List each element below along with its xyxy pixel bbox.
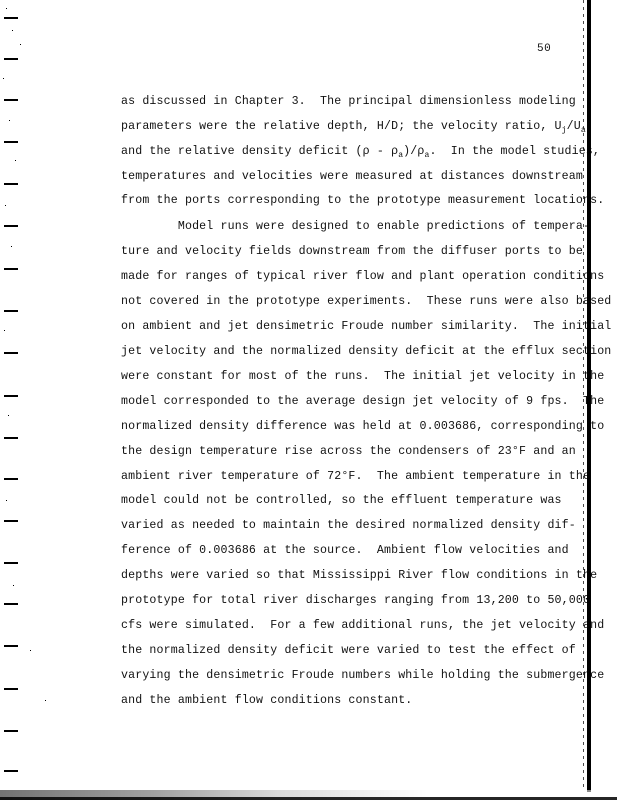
text-fragment: and the relative density deficit (ρ - ρ <box>121 145 398 158</box>
text-line: and the ambient flow conditions constant… <box>121 694 412 708</box>
text-line: normalized density difference was held a… <box>121 420 604 434</box>
text-line: model could not be controlled, so the ef… <box>121 494 562 508</box>
text-line: ference of 0.003686 at the source. Ambie… <box>121 544 569 558</box>
text-line: cfs were simulated. For a few additional… <box>121 619 604 633</box>
text-line: parameters were the relative depth, H/D;… <box>121 120 593 138</box>
text-line: from the ports corresponding to the prot… <box>121 194 604 208</box>
text-line: made for ranges of typical river flow an… <box>121 270 604 284</box>
text-line: ture and velocity fields downstream from… <box>121 245 583 259</box>
text-line: Model runs were designed to enable predi… <box>121 220 590 234</box>
text-line: as discussed in Chapter 3. The principal… <box>121 95 576 109</box>
text-line: were constant for most of the runs. The … <box>121 370 604 384</box>
text-fragment: parameters were the relative depth, H/D;… <box>121 120 562 133</box>
text-line: model corresponded to the average design… <box>121 395 604 409</box>
text-fragment: /U <box>567 120 581 133</box>
text-line: varying the densimetric Froude numbers w… <box>121 669 604 683</box>
text-line: prototype for total river discharges ran… <box>121 594 590 608</box>
text-fragment: . In the model studies, <box>429 145 600 158</box>
text-line: not covered in the prototype experiments… <box>121 295 611 309</box>
text-line: varied as needed to maintain the desired… <box>121 519 576 533</box>
text-line: temperatures and velocities were measure… <box>121 170 583 184</box>
text-line: depths were varied so that Mississippi R… <box>121 569 597 583</box>
text-line: and the relative density deficit (ρ - ρa… <box>121 145 600 163</box>
text-line: jet velocity and the normalized density … <box>121 345 611 359</box>
binding-edge <box>587 0 591 792</box>
text-line: the design temperature rise across the c… <box>121 445 576 459</box>
binding-edge-shadow <box>583 0 584 790</box>
text-line: on ambient and jet densimetric Froude nu… <box>121 320 611 334</box>
text-fragment: )/ρ <box>403 145 424 158</box>
text-line: the normalized density deficit were vari… <box>121 644 576 658</box>
page-number: 50 <box>537 43 551 55</box>
scanned-page: 50 as discussed in Chapter 3. The princi… <box>0 0 617 800</box>
text-line: ambient river temperature of 72°F. The a… <box>121 470 590 484</box>
